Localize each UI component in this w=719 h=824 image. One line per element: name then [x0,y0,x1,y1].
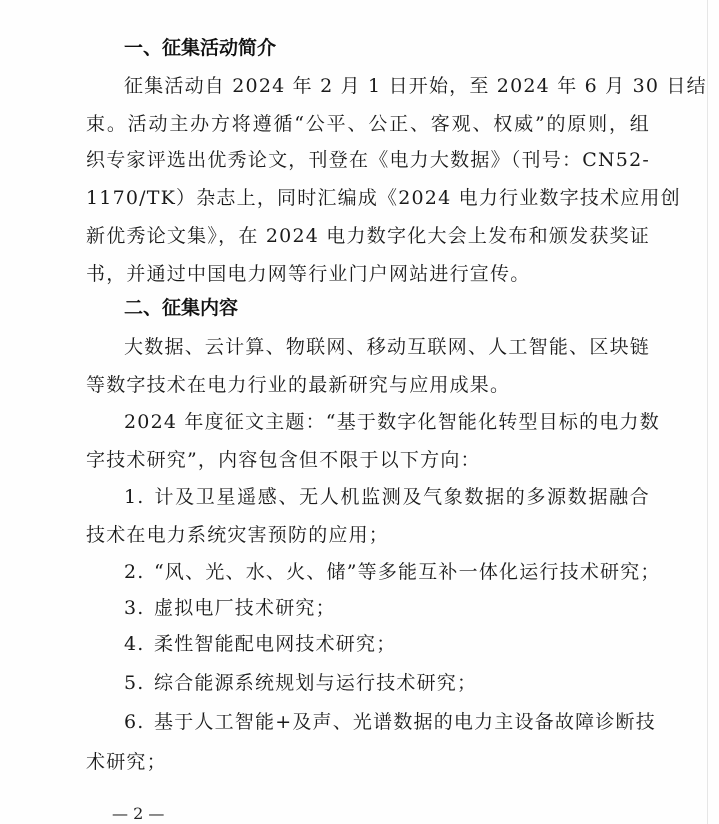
list-item-number: 3. [124,593,154,623]
paragraph-line: 新优秀论文集》，在 2024 电力数字化大会上发布和颁发获奖证 [86,221,650,251]
document-page: 一、征集活动简介 征集活动自 2024 年 2 月 1 日开始，至 2024 年… [0,0,719,824]
list-item-text: 基于人工智能+及声、光谱数据的电力主设备故障诊断技 [154,711,656,733]
list-item-6: 6.基于人工智能+及声、光谱数据的电力主设备故障诊断技 [124,707,650,737]
paragraph-line: 征集活动自 2024 年 2 月 1 日开始，至 2024 年 6 月 30 日… [124,71,650,101]
list-item-number: 1. [124,482,154,512]
paragraph-line: 大数据、云计算、物联网、移动互联网、人工智能、区块链 [124,332,650,362]
list-item-1-continuation: 技术在电力系统灾害预防的应用； [86,520,650,550]
section-heading-intro: 一、征集活动简介 [124,33,276,63]
list-item-number: 5. [124,668,154,698]
list-item-number: 4. [124,629,154,659]
page-number: — 2 — [112,802,164,824]
paragraph-line: 书，并通过中国电力网等行业门户网站进行宣传。 [86,259,650,289]
list-item-number: 2. [124,557,154,587]
paragraph-line: 等数字技术在电力行业的最新研究与应用成果。 [86,370,650,400]
list-item-4: 4.柔性智能配电网技术研究； [124,629,650,659]
list-item-text: 计及卫星遥感、无人机监测及气象数据的多源数据融合 [154,486,650,508]
list-item-number: 6. [124,707,154,737]
list-item-5: 5.综合能源系统规划与运行技术研究； [124,668,650,698]
list-item-3: 3.虚拟电厂技术研究； [124,593,650,623]
paragraph-line: 字技术研究”，内容包含但不限于以下方向： [86,445,650,475]
list-item-text: “风、光、水、火、储”等多能互补一体化运行技术研究； [154,561,661,583]
paragraph-line: 织专家评选出优秀论文，刊登在《电力大数据》（刊号：CN52- [86,145,650,175]
paragraph-line: 束。活动主办方将遵循“公平、公正、客观、权威”的原则，组 [86,109,650,139]
list-item-text: 综合能源系统规划与运行技术研究； [154,672,477,694]
section-heading-content: 二、征集内容 [124,293,238,323]
list-item-2: 2.“风、光、水、火、储”等多能互补一体化运行技术研究； [124,557,650,587]
list-item-1: 1.计及卫星遥感、无人机监测及气象数据的多源数据融合 [124,482,650,512]
list-item-text: 虚拟电厂技术研究； [154,597,336,619]
list-item-6-continuation: 术研究； [86,747,650,777]
paragraph-line: 2024 年度征文主题：“基于数字化智能化转型目标的电力数 [124,407,650,437]
page-edge-divider [707,0,708,824]
paragraph-line: 1170/TK）杂志上，同时汇编成《2024 电力行业数字技术应用创 [86,183,650,213]
list-item-text: 柔性智能配电网技术研究； [154,633,396,655]
